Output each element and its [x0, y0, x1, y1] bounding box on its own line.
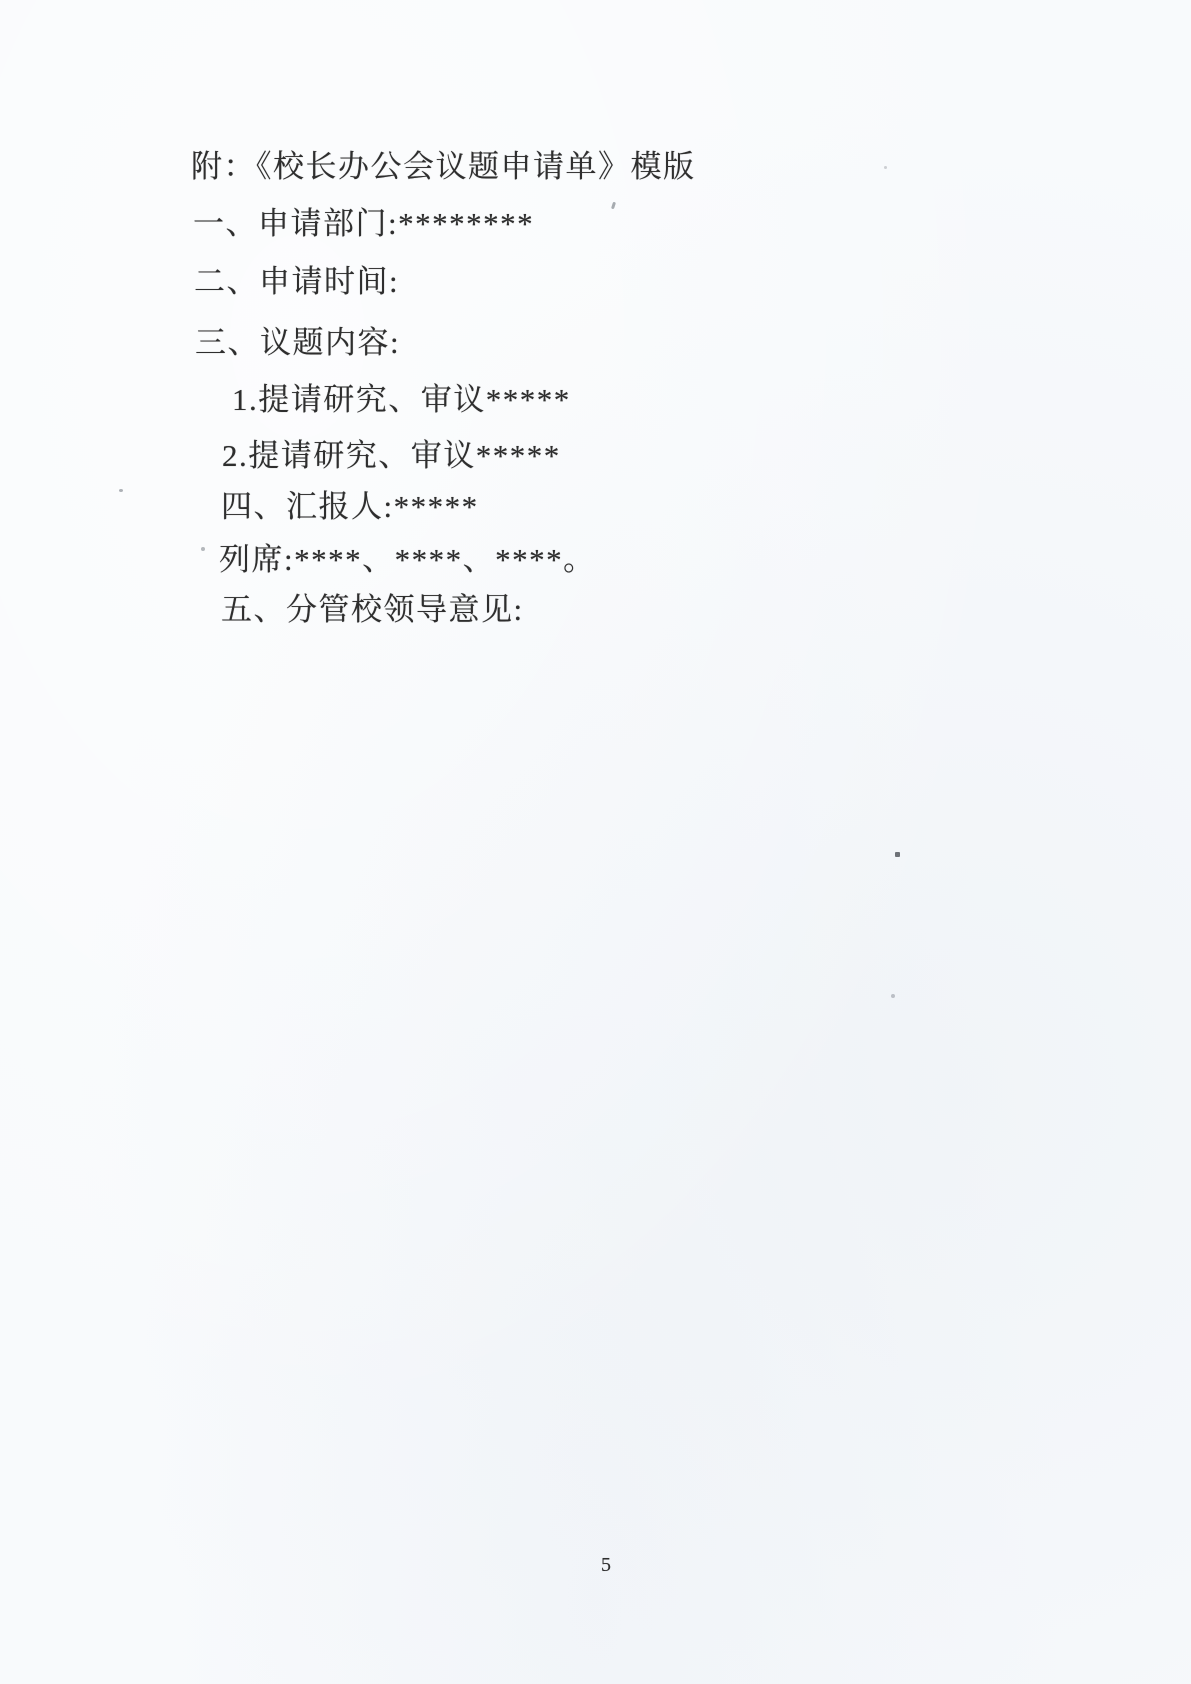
scan-speck: [891, 994, 895, 998]
scan-speck: [201, 547, 205, 551]
agenda-content-line: 三、议题内容:: [195, 324, 400, 362]
reporter-line: 四、汇报人:*****: [221, 488, 479, 526]
scan-speck: [611, 202, 616, 210]
agenda-item-2-line: 2.提请研究、审议*****: [222, 437, 561, 475]
attendees-line: 列席:****、****、****。: [219, 541, 596, 579]
agenda-item-1-line: 1.提请研究、审议*****: [232, 381, 571, 419]
page-number: 5: [601, 1554, 611, 1577]
leader-opinion-line: 五、分管校领导意见:: [221, 591, 524, 629]
scan-speck: [119, 489, 123, 492]
applicant-department-line: 一、申请部门:********: [193, 205, 534, 243]
document-page: 附：《校长办公会议题申请单》模版 一、申请部门:******** 二、申请时间:…: [0, 0, 1191, 1684]
scan-speck: [895, 852, 900, 857]
attachment-title-line: 附：《校长办公会议题申请单》模版: [191, 148, 696, 186]
scan-speck: [884, 166, 887, 169]
application-time-line: 二、申请时间:: [194, 263, 399, 301]
